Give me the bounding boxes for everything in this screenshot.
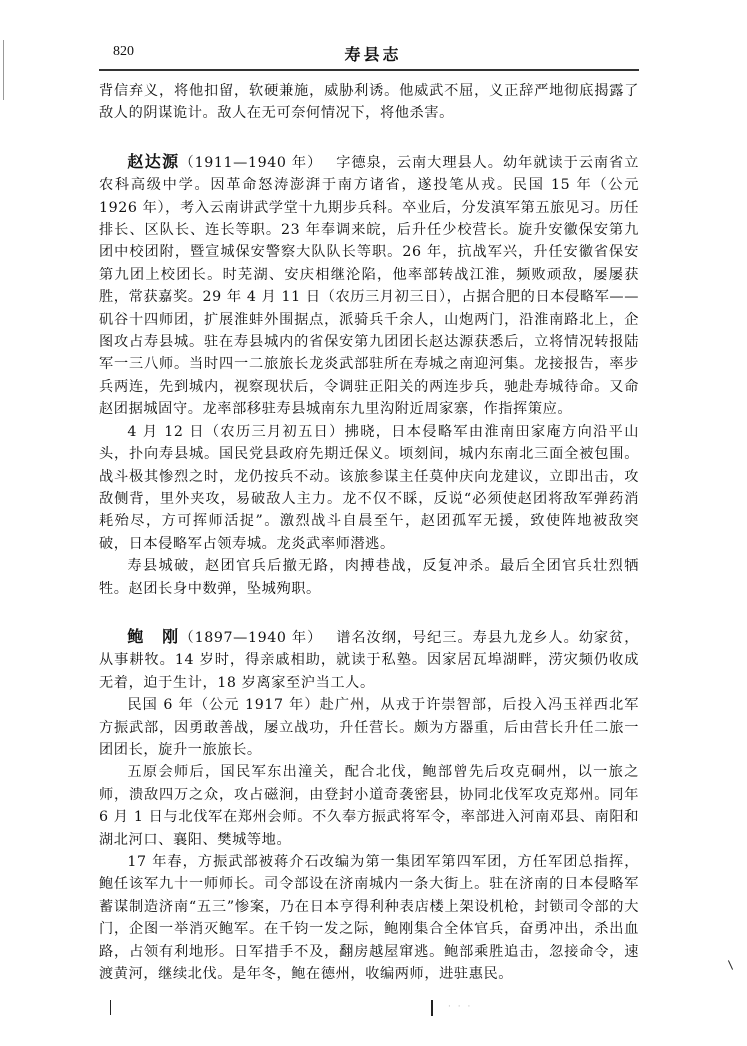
document-page: 820 寿县志 背信弃义，将他扣留，软硬兼施，威胁利诱。他威武不屈，义正辞严地彻… xyxy=(0,0,747,1046)
person-name: 赵达源 xyxy=(127,152,179,171)
person-dates: （1897—1940 年） xyxy=(180,630,323,646)
paragraph: 民国 6 年（公元 1917 年）赴广州，从戎于许崇智部，后投入冯玉祥西北军方振… xyxy=(99,694,639,761)
paragraph: 五原会师后，国民军东出潼关，配合北伐，鲍部曾先后攻克硐州，以一旅之师，溃敌四万之… xyxy=(99,761,639,851)
biography-bao-intro: 鲍 刚（1897—1940 年）谱名汝纲，号纪三。寿县九龙乡人。幼家贫，从事耕牧… xyxy=(99,626,639,694)
scan-mark xyxy=(110,1000,111,1015)
body-text: 背信弃义，将他扣留，软硬兼施，威胁利诱。他威武不屈，义正辞严地彻底揭露了敌人的阴… xyxy=(99,80,639,985)
person-dates: （1911—1940 年） xyxy=(180,155,323,171)
biography-zhao-intro: 赵达源（1911—1940 年）字德泉，云南大理县人。幼年就读于云南省立农科高级… xyxy=(99,151,639,421)
paragraph: 4 月 12 日（农历三月初五日）拂晓，日本侵略军由淮南田家庵方向沿平山头，扑向… xyxy=(99,421,639,555)
biography-text: 字德泉，云南大理县人。幼年就读于云南省立农科高级中学。因革命怒涛澎湃于南方诸省，… xyxy=(99,155,639,417)
paragraph: 17 年春，方振武部被蒋介石改编为第一集团军第四军团，方任军团总指挥，鲍任该军九… xyxy=(99,851,639,985)
scan-edge-mark xyxy=(3,40,4,100)
header-rule xyxy=(99,69,639,71)
book-title: 寿县志 xyxy=(113,42,633,65)
scan-mark xyxy=(431,1000,433,1016)
page-header: 820 寿县志 xyxy=(113,44,633,68)
paragraph: 寿县城破，赵团官兵后撤无路，肉搏巷战，反复冲杀。最后全团官兵壮烈牺牲。赵团长身中… xyxy=(99,555,639,600)
person-name: 鲍 刚 xyxy=(127,627,179,646)
paragraph-continuation: 背信弃义，将他扣留，软硬兼施，威胁利诱。他威武不屈，义正辞严地彻底揭露了敌人的阴… xyxy=(99,80,639,125)
scan-noise: · · · xyxy=(448,1002,472,1012)
scan-mark xyxy=(728,960,733,969)
